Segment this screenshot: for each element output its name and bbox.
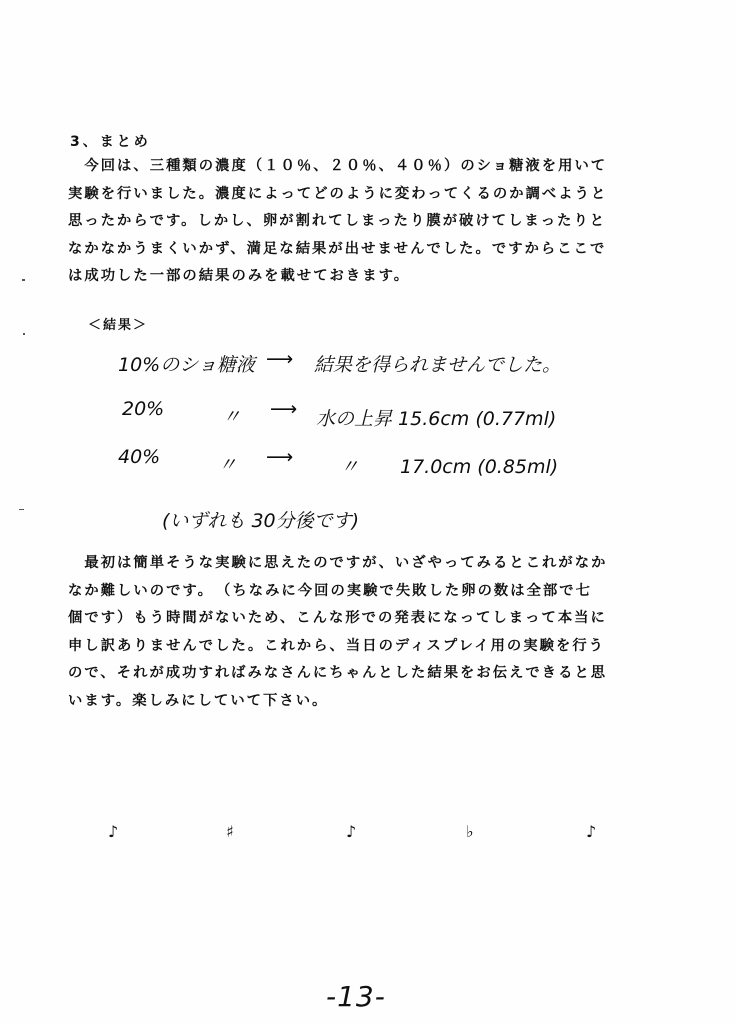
scan-speck (22, 279, 25, 281)
sharp-icon: ♯ (226, 822, 234, 841)
ditto-mark: 〃 (218, 450, 237, 477)
arrow-icon: ⟶ (270, 398, 297, 420)
closing-paragraph: 最初は簡単そうな実験に思えたのですが、いざやってみるとこれがなか なか難しいので… (68, 550, 648, 715)
text-line: います。楽しみにしていて下さい。 (68, 688, 648, 716)
results-label: ＜結果＞ (88, 314, 148, 333)
text-line: なかなかうまくいかず、満足な結果が出せませんでした。ですからここで (68, 236, 648, 264)
scan-speck (23, 333, 25, 335)
result-row-10-outcome: 結果を得られませんでした。 (314, 350, 561, 377)
eighth-note-icon: ♪ (346, 822, 356, 841)
document-page: 3、まとめ 今回は、三種類の濃度（１０％、２０％、４０％）のショ糖液を用いて 実… (0, 0, 736, 1024)
result-row-20-outcome: 水の上昇 15.6cm (0.77ml) (316, 404, 556, 431)
text-line: は成功した一部の結果のみを載せておきます。 (68, 263, 648, 291)
text-line: 実験を行いました。濃度によってどのように変わってくるのか調べようと (68, 181, 648, 209)
results-footnote: (いずれも 30分後です) (162, 506, 359, 533)
ditto-mark: 〃 (340, 452, 359, 479)
result-row-40-concentration: 40% (118, 446, 160, 468)
page-number: -13- (326, 980, 386, 1013)
result-row-20-concentration: 20% (122, 398, 164, 420)
result-row-40-outcome: 17.0cm (0.85ml) (400, 456, 558, 478)
ditto-mark: 〃 (222, 402, 241, 429)
scan-speck (19, 509, 24, 510)
section-heading: 3、まとめ (70, 131, 151, 151)
result-row-10-concentration: 10%のショ糖液 (118, 350, 255, 377)
text-line: 思ったからです。しかし、卵が割れてしまったり膜が破けてしまったりと (68, 208, 648, 236)
arrow-icon: ⟶ (266, 348, 293, 370)
text-line: ので、それが成功すればみなさんにちゃんとした結果をお伝えできると思 (68, 660, 648, 688)
text-line: 個です）もう時間がないため、こんな形での発表になってしまって本当に (68, 605, 648, 633)
text-line: 今回は、三種類の濃度（１０％、２０％、４０％）のショ糖液を用いて (68, 153, 648, 181)
arrow-icon: ⟶ (266, 446, 293, 468)
eighth-note-icon: ♪ (108, 822, 118, 841)
flat-icon: ♭ (466, 822, 474, 841)
intro-paragraph: 今回は、三種類の濃度（１０％、２０％、４０％）のショ糖液を用いて 実験を行いまし… (68, 153, 648, 291)
text-line: 申し訳ありませんでした。これから、当日のディスプレイ用の実験を行う (68, 633, 648, 661)
eighth-note-icon: ♪ (586, 822, 596, 841)
text-line: 最初は簡単そうな実験に思えたのですが、いざやってみるとこれがなか (68, 550, 648, 578)
text-line: なか難しいのです。 （ちなみに今回の実験で失敗した卵の数は全部で七 (68, 578, 648, 606)
